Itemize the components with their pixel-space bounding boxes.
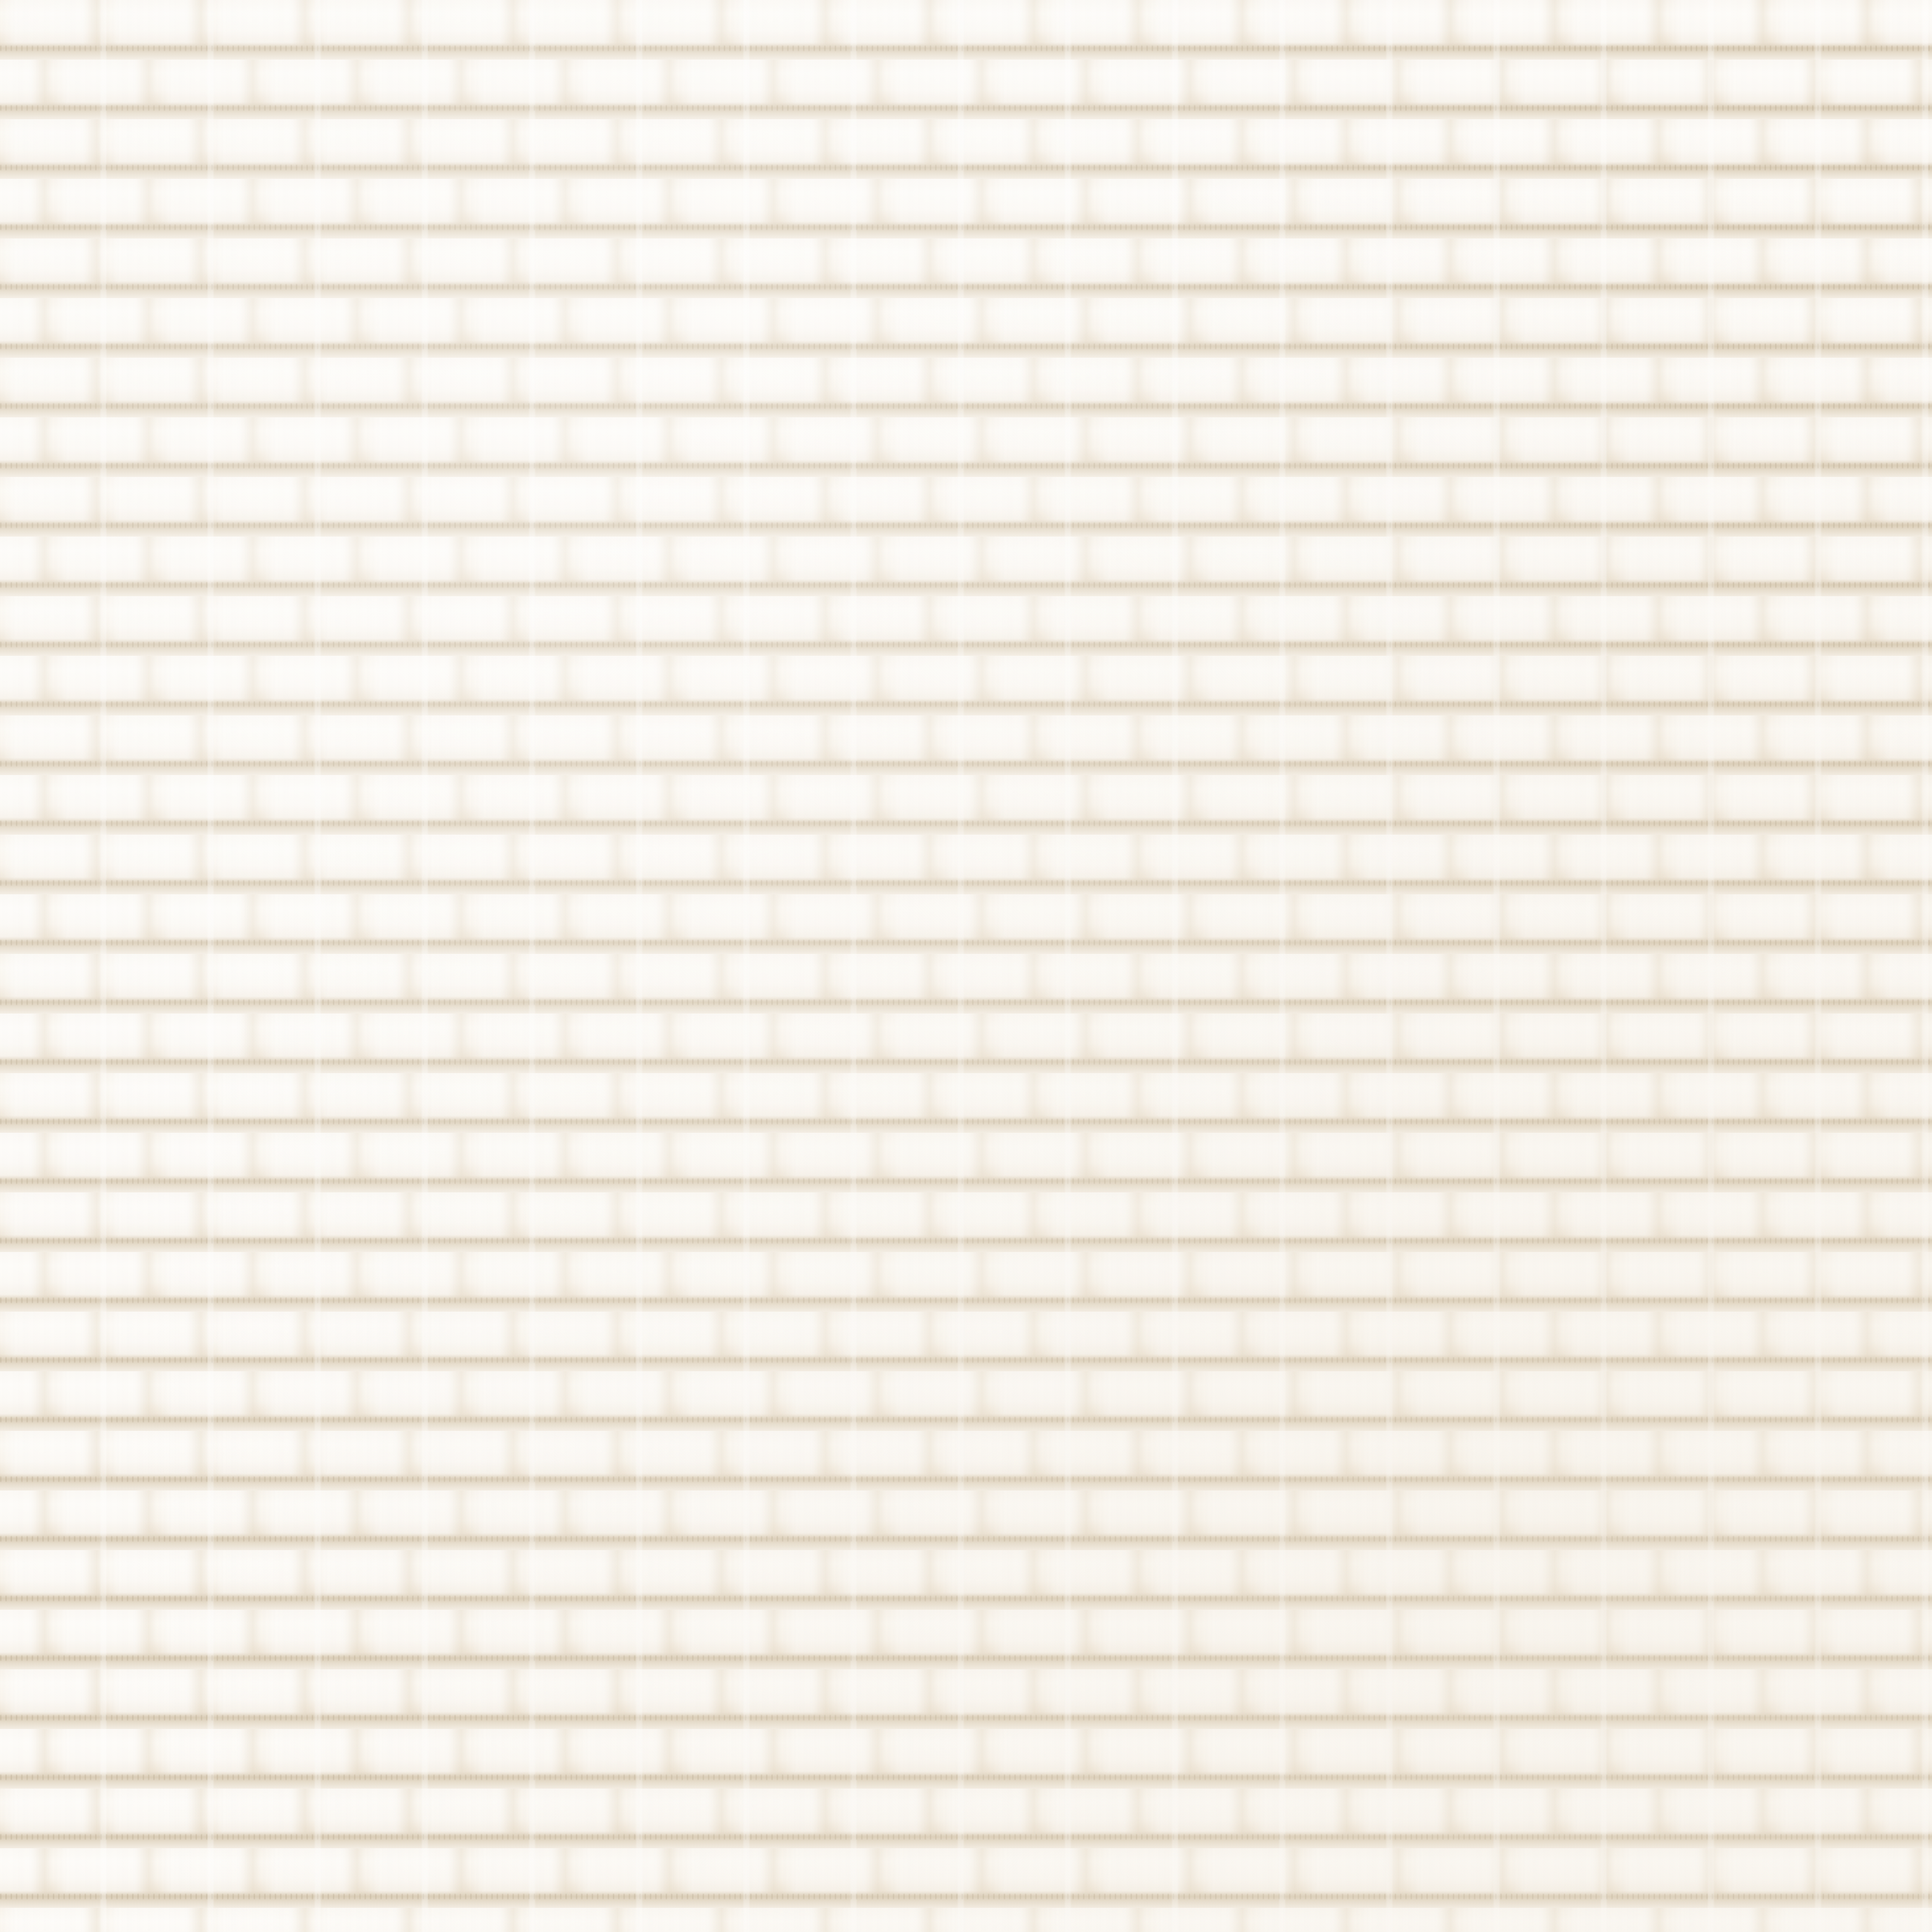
fabric-texture-photo [0,0,1932,1932]
lighting-overlay [0,0,1932,1932]
